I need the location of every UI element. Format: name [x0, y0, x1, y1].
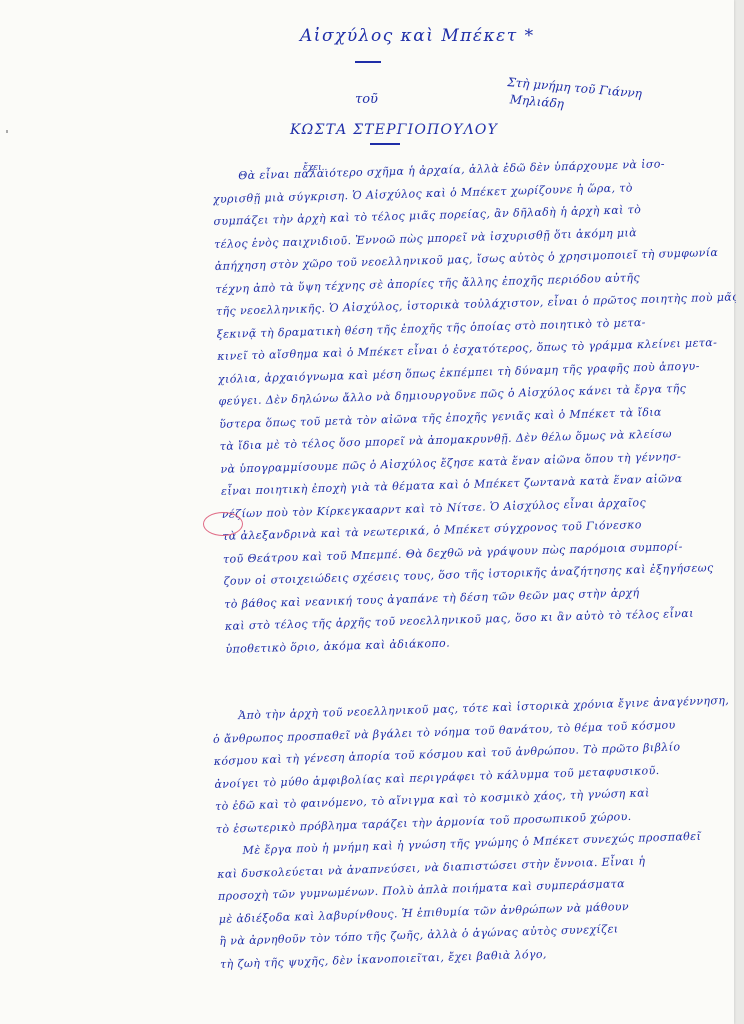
paragraph-1: Θὰ εἶναι παλαιότερο σχῆμα ἡ ἀρχαία, ἀλλὰ…	[212, 151, 744, 660]
manuscript-title: Αἰσχύλος καὶ Μπέκετ *	[300, 26, 535, 46]
title-underline	[355, 61, 381, 63]
manuscript-page: Αἰσχύλος καὶ Μπέκετ * τοῦ ΚΩΣΤΑ ΣΤΕΡΓΙΟΠ…	[0, 0, 734, 1024]
dedication: Στὴ μνήμη τοῦ Γιάννη Μηλιάδη	[505, 74, 643, 120]
scan-speck	[6, 130, 8, 133]
byline: τοῦ	[355, 92, 378, 107]
author-underline	[370, 143, 400, 145]
red-pencil-circle-mark	[203, 512, 243, 536]
paragraph-2: Ἀπὸ τὴν ἀρχὴ τοῦ νεοελληνικοῦ μας, τότε …	[212, 690, 740, 976]
author-name: ΚΩΣΤΑ ΣΤΕΡΓΙΟΠΟΥΛΟΥ	[290, 122, 498, 138]
